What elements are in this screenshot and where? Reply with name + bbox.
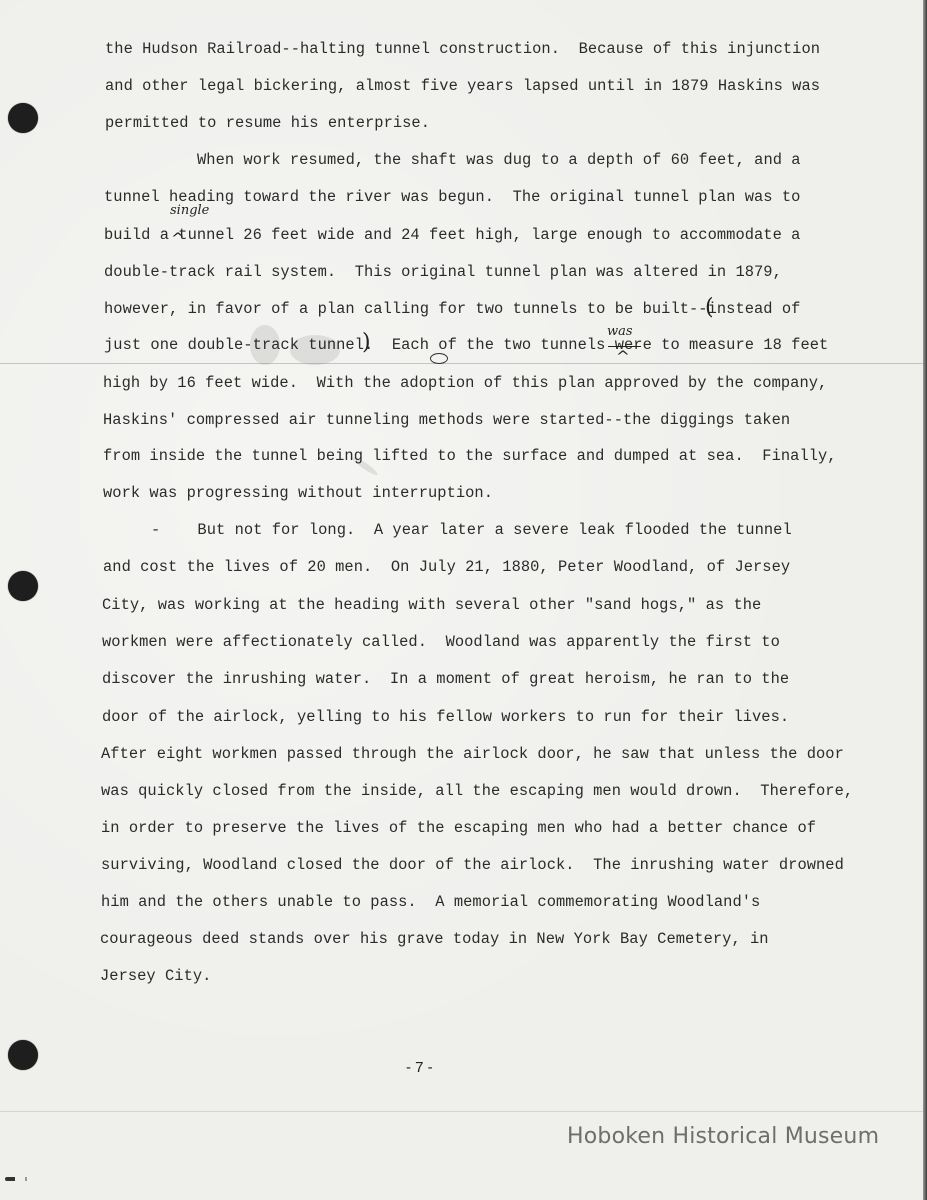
page-number: - 7 - [406,1059,433,1076]
handwritten-insert-was: was [607,324,633,339]
text-line: Haskins' compressed air tunneling method… [103,411,790,429]
text-line: City, was working at the heading with se… [102,596,761,614]
text-line: however, in favor of a plan calling for … [104,300,800,318]
text-line: surviving, Woodland closed the door of t… [101,856,844,874]
text-line: workmen were affectionately called. Wood… [102,633,780,651]
handwritten-close-paren: ) [362,332,371,354]
text-line: When work resumed, the shaft was dug to … [197,151,801,169]
text-line: high by 16 feet wide. With the adoption … [103,374,827,392]
fold-line [0,363,923,364]
text-line: just one double-track tunnel. Each of th… [104,336,828,354]
text-line: and cost the lives of 20 men. On July 21… [103,558,790,576]
text-line: from inside the tunnel being lifted to t… [103,447,837,465]
text-line: build a tunnel 26 feet wide and 24 feet … [104,226,800,244]
text-line: courageous deed stands over his grave to… [100,930,769,948]
text-line: discover the inrushing water. In a momen… [102,670,789,688]
handwritten-insert-single: single [170,203,209,218]
circle-mark [430,353,448,364]
text-line: - But not for long. A year later a sever… [151,521,792,539]
punch-hole-top [8,103,38,133]
text-line: Jersey City. [100,967,211,985]
insertion-caret-mark: ^ [616,349,630,365]
scan-edge-shadow [923,0,927,1200]
punch-hole-middle [8,571,38,601]
text-line: and other legal bickering, almost five y… [105,77,820,95]
text-line: him and the others unable to pass. A mem… [101,893,760,911]
strikethrough-mark [608,346,641,347]
punch-hole-bottom [8,1040,38,1070]
text-line: door of the airlock, yelling to his fell… [102,708,789,726]
text-line: After eight workmen passed through the a… [101,745,844,763]
text-line: permitted to resume his enterprise. [105,114,430,132]
museum-watermark: Hoboken Historical Museum [567,1124,879,1149]
insertion-caret-mark: ^ [171,231,185,247]
text-line: double-track rail system. This original … [104,263,782,281]
text-line: work was progressing without interruptio… [103,484,493,502]
scan-artifact [5,1177,55,1181]
text-line: the Hudson Railroad--halting tunnel cons… [105,40,820,58]
text-line: in order to preserve the lives of the es… [101,819,816,837]
handwritten-open-paren: ( [705,297,714,319]
scanned-document-page: the Hudson Railroad--halting tunnel cons… [0,0,927,1200]
text-line: was quickly closed from the inside, all … [101,782,853,800]
fold-line-bottom [0,1111,923,1112]
